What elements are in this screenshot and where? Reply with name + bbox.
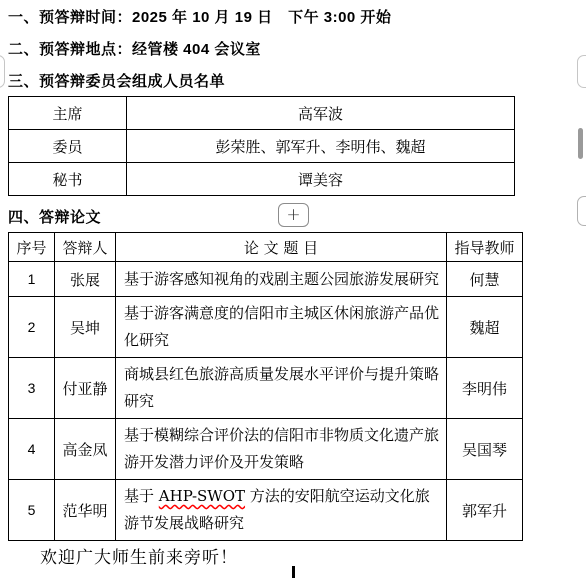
papers-table: 序号 答辩人 论 文 题 目 指导教师 1 张展 基于游客感知视角的戏剧主题公园… [8, 232, 523, 541]
committee-table: 主席 高军波 委员 彭荣胜、郭军升、李明伟、魏超 秘书 谭美容 [8, 96, 515, 196]
title-cell: 基于游客感知视角的戏剧主题公园旅游发展研究 [116, 262, 447, 297]
edge-clipped-button-left[interactable] [0, 55, 5, 88]
heading-defense-time: 一、预答辩时间：2025 年 10 月 19 日 下午 3:00 开始 [8, 6, 391, 27]
closing-welcome-line: 欢迎广大师生前来旁听！ [40, 543, 238, 568]
header-title: 论 文 题 目 [116, 233, 447, 262]
header-student: 答辩人 [55, 233, 116, 262]
document-page: { "headings": { "time_line": "一、预答辩时间：20… [0, 0, 586, 580]
title-text: 基于 [124, 487, 159, 505]
student-cell: 范华明 [55, 480, 116, 541]
advisor-cell: 魏超 [447, 297, 523, 358]
edge-clipped-button-right[interactable] [577, 55, 586, 88]
plus-icon: + [286, 205, 300, 225]
student-cell: 高金凤 [55, 419, 116, 480]
table-row: 4 高金凤 基于模糊综合评价法的信阳市非物质文化遗产旅游开发潜力评价及开发策略 … [9, 419, 523, 480]
committee-names-cell: 谭美容 [127, 163, 515, 196]
committee-names-cell: 彭荣胜、郭军升、李明伟、魏超 [127, 130, 515, 163]
title-cell: 基于游客满意度的信阳市主城区休闲旅游产品优化研究 [116, 297, 447, 358]
title-cell: 商城县红色旅游高质量发展水平评价与提升策略研究 [116, 358, 447, 419]
table-row: 5 范华明 基于 AHP-SWOT 方法的安阳航空运动文化旅游节发展战略研究 郭… [9, 480, 523, 541]
add-row-button[interactable]: + [278, 203, 309, 227]
title-cell: 基于 AHP-SWOT 方法的安阳航空运动文化旅游节发展战略研究 [116, 480, 447, 541]
seq-cell: 1 [9, 262, 55, 297]
title-cell: 基于模糊综合评价法的信阳市非物质文化遗产旅游开发潜力评价及开发策略 [116, 419, 447, 480]
advisor-cell: 吴国琴 [447, 419, 523, 480]
table-row: 3 付亚静 商城县红色旅游高质量发展水平评价与提升策略研究 李明伟 [9, 358, 523, 419]
spellcheck-marked-text: AHP-SWOT [159, 487, 245, 505]
heading-defense-place: 二、预答辩地点：经管楼 404 会议室 [8, 38, 261, 59]
table-header-row: 序号 答辩人 论 文 题 目 指导教师 [9, 233, 523, 262]
committee-names-cell: 高军波 [127, 97, 515, 130]
table-row: 1 张展 基于游客感知视角的戏剧主题公园旅游发展研究 何慧 [9, 262, 523, 297]
advisor-cell: 郭军升 [447, 480, 523, 541]
header-advisor: 指导教师 [447, 233, 523, 262]
seq-cell: 2 [9, 297, 55, 358]
committee-role-cell: 委员 [9, 130, 127, 163]
student-cell: 张展 [55, 262, 116, 297]
edge-clipped-button-right[interactable] [577, 196, 586, 226]
table-row: 主席 高军波 [9, 97, 515, 130]
heading-defense-papers: 四、答辩论文 [8, 206, 101, 227]
header-seq: 序号 [9, 233, 55, 262]
advisor-cell: 李明伟 [447, 358, 523, 419]
scrollbar-thumb[interactable] [578, 128, 583, 159]
seq-cell: 3 [9, 358, 55, 419]
seq-cell: 4 [9, 419, 55, 480]
student-cell: 付亚静 [55, 358, 116, 419]
heading-committee-list: 三、预答辩委员会组成人员名单 [8, 70, 225, 91]
table-row: 秘书 谭美容 [9, 163, 515, 196]
committee-role-cell: 主席 [9, 97, 127, 130]
table-row: 2 吴坤 基于游客满意度的信阳市主城区休闲旅游产品优化研究 魏超 [9, 297, 523, 358]
committee-role-cell: 秘书 [9, 163, 127, 196]
table-row: 委员 彭荣胜、郭军升、李明伟、魏超 [9, 130, 515, 163]
student-cell: 吴坤 [55, 297, 116, 358]
advisor-cell: 何慧 [447, 262, 523, 297]
text-cursor [292, 566, 295, 578]
seq-cell: 5 [9, 480, 55, 541]
